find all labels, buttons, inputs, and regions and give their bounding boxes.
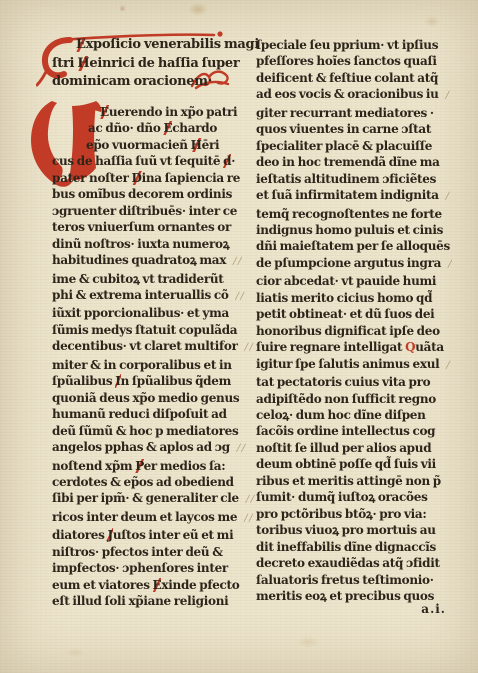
- text-line: honoribus dignificat ipſe deo: [256, 323, 458, 339]
- text-line: dit ineffabilis dĩne dignaccĩs: [256, 539, 458, 555]
- text-line: impfectos· ɔphenſores inter: [52, 560, 254, 576]
- text-line: ſtri Heinrici de haſſia ſuper: [52, 55, 257, 74]
- text-line: angelos pphas & aplos ad ɔg∕∕: [52, 439, 254, 457]
- text-line: noſtend xp̃m Per medios ſa:: [52, 458, 254, 474]
- text-line: deũ ſũmũ & hoc p mediatores: [52, 423, 254, 439]
- margin-mark: ∕∕: [233, 256, 243, 267]
- text-line: dinũ noſtros· iuxta numeroꝝ: [52, 236, 254, 252]
- text-line: diatores Juſtos inter eũ et mi: [52, 527, 254, 543]
- text-line: ſibi per ipm̃· & generaliter cle∕∕: [52, 490, 254, 508]
- text-line: adipiſtẽdo non ſufficit regno: [256, 391, 458, 407]
- text-line: dñi maieſtatem per ſe alloquēs: [256, 238, 458, 254]
- text-line: ricos inter deum et laycos me∕∕: [52, 509, 254, 527]
- text-line: Expoſicio venerabilis magi: [52, 36, 257, 55]
- text-line: petit obtineat· et dũ ſuos dei: [256, 306, 458, 322]
- text-line: celoꝝ· dum hoc dĩne diſpen: [256, 407, 458, 423]
- text-line: quos viuentes in carne ɔſtat: [256, 121, 458, 137]
- text-line: iũxit pporcionalibus· et yma: [52, 305, 254, 321]
- paper-stain: [188, 3, 208, 16]
- text-line: ſacõis ordine intellectus cog: [256, 423, 458, 439]
- column-right: ſpeciale ſeu pprium· vt ipſiuspfeſſores …: [256, 37, 458, 604]
- text-line: ɔgruenter diſtribuēs· inter ce: [52, 203, 254, 219]
- gathering-signature: a.i.: [256, 602, 446, 616]
- margin-mark: ∕∕: [245, 342, 255, 353]
- text-line: tat pectatoris cuius vita pro: [256, 374, 458, 390]
- margin-mark: ∕∕: [244, 513, 254, 524]
- text-line: ſũmis medys ſtatuit copulãda: [52, 322, 254, 338]
- text-line: pro pctõribus btõꝝ· pro via:: [256, 506, 458, 522]
- paper-stain: [424, 16, 440, 27]
- text-line: ribus et meritis attingē non p̃: [256, 473, 458, 489]
- text-line: deificent & feſtiue colant atq̃: [256, 70, 458, 86]
- text-line: dominicam oracionem·: [52, 73, 257, 92]
- text-line: decentibus· vt claret multifor∕∕: [52, 338, 254, 356]
- text-line: ſpecialiter placē & placuiſſe: [256, 138, 458, 154]
- text-line: Euerendo in xp̃o patri: [52, 104, 254, 120]
- text-line: toribus viuoꝝ pro mortuis au: [256, 522, 458, 538]
- text-line: ep̃o vuormacieñ Hēri: [52, 137, 254, 153]
- scanned-page: Expoſicio venerabilis magiſtri Heinrici …: [0, 0, 478, 673]
- text-line: decreto exaudiẽdas atq̃ ɔfidit: [256, 555, 458, 571]
- text-line: bus omĩbus decorem ordinis: [52, 186, 254, 202]
- text-line: ad eos vocis & oracionibus iu∕: [256, 86, 458, 104]
- paper-stain: [119, 5, 126, 12]
- text-line: et ſuã infirmitatem indignita∕: [256, 187, 458, 205]
- text-line: cerdotes & ep̃os ad obediend: [52, 474, 254, 490]
- text-line: de pſumpcione argutus ingra∕: [256, 255, 458, 273]
- text-line: miter & in corporalibus et in: [52, 357, 254, 373]
- margin-mark: ∕∕: [237, 443, 247, 454]
- text-line: indignus homo puluis et cinis: [256, 222, 458, 238]
- margin-mark: ∕: [446, 360, 451, 371]
- text-line: igitur ſpe ſalutis animus exul∕: [256, 356, 458, 374]
- text-line: ieſtatis altitudinem ɔficiẽtes: [256, 171, 458, 187]
- text-line: pfeſſores hoĩes ſanctos quaſi: [256, 53, 458, 69]
- text-line: teros vniuerſum ornantes or: [52, 219, 254, 235]
- text-line: humanũ reduci diſpoſuit ad: [52, 406, 254, 422]
- text-line: eum et viatores Exinde pfecto: [52, 577, 254, 593]
- text-line: ſuire regnare intelligat Quãta: [256, 339, 458, 355]
- text-line: cior abcedat· vt pauide humi: [256, 273, 458, 289]
- text-line: deo in hoc tremendã dĩne ma: [256, 154, 458, 170]
- column-left: Euerendo in xp̃o patriac dño· dño Echard…: [52, 104, 254, 610]
- text-line: liatis merito cicius homo qd̃: [256, 290, 458, 306]
- text-line: giter recurrant mediatores ·: [256, 105, 458, 121]
- text-line: quoniã deus xp̃o medio genus: [52, 390, 254, 406]
- margin-mark: ∕: [446, 191, 451, 202]
- text-line: ac dño· dño Echardo: [52, 120, 254, 136]
- text-line: ſaluatoris fretus teſtimonio·: [256, 572, 458, 588]
- paper-stain: [66, 648, 84, 657]
- text-line: deum obtinē poſſe qd̃ ſuis vii: [256, 456, 458, 472]
- text-line: ſumit· dumq̃ iuſtoꝝ oracões: [256, 489, 458, 505]
- margin-mark: ∕: [448, 259, 453, 270]
- text-line: noſtit ſe illud per alios apud: [256, 440, 458, 456]
- text-line: cus de haſſia ſuũ vt ſequitē d·: [52, 153, 254, 169]
- text-line: ſpeciale ſeu pprium· vt ipſius: [256, 37, 458, 53]
- heading: Expoſicio venerabilis magiſtri Heinrici …: [52, 36, 257, 92]
- margin-mark: ∕∕: [246, 494, 256, 505]
- text-line: niſtros· pfectos inter deũ &: [52, 544, 254, 560]
- paper-stain: [296, 636, 320, 648]
- margin-mark: ∕: [446, 90, 451, 101]
- margin-mark: ∕∕: [236, 291, 246, 302]
- text-line: temq̃ recognoſtentes ne forte: [256, 206, 458, 222]
- text-line: eſt illud ſoli xp̃iane religioni: [52, 593, 254, 609]
- text-line: ſpũalibus In ſpũalibus q̃dem: [52, 373, 254, 389]
- text-line: pater noſter Dina ſapiencia re: [52, 170, 254, 186]
- text-line: phi & extrema interuallis cõ∕∕: [52, 287, 254, 305]
- text-line: habitudines quadratoꝝ max∕∕: [52, 252, 254, 270]
- text-line: ime & cubitoꝝ vt tradiderũt: [52, 271, 254, 287]
